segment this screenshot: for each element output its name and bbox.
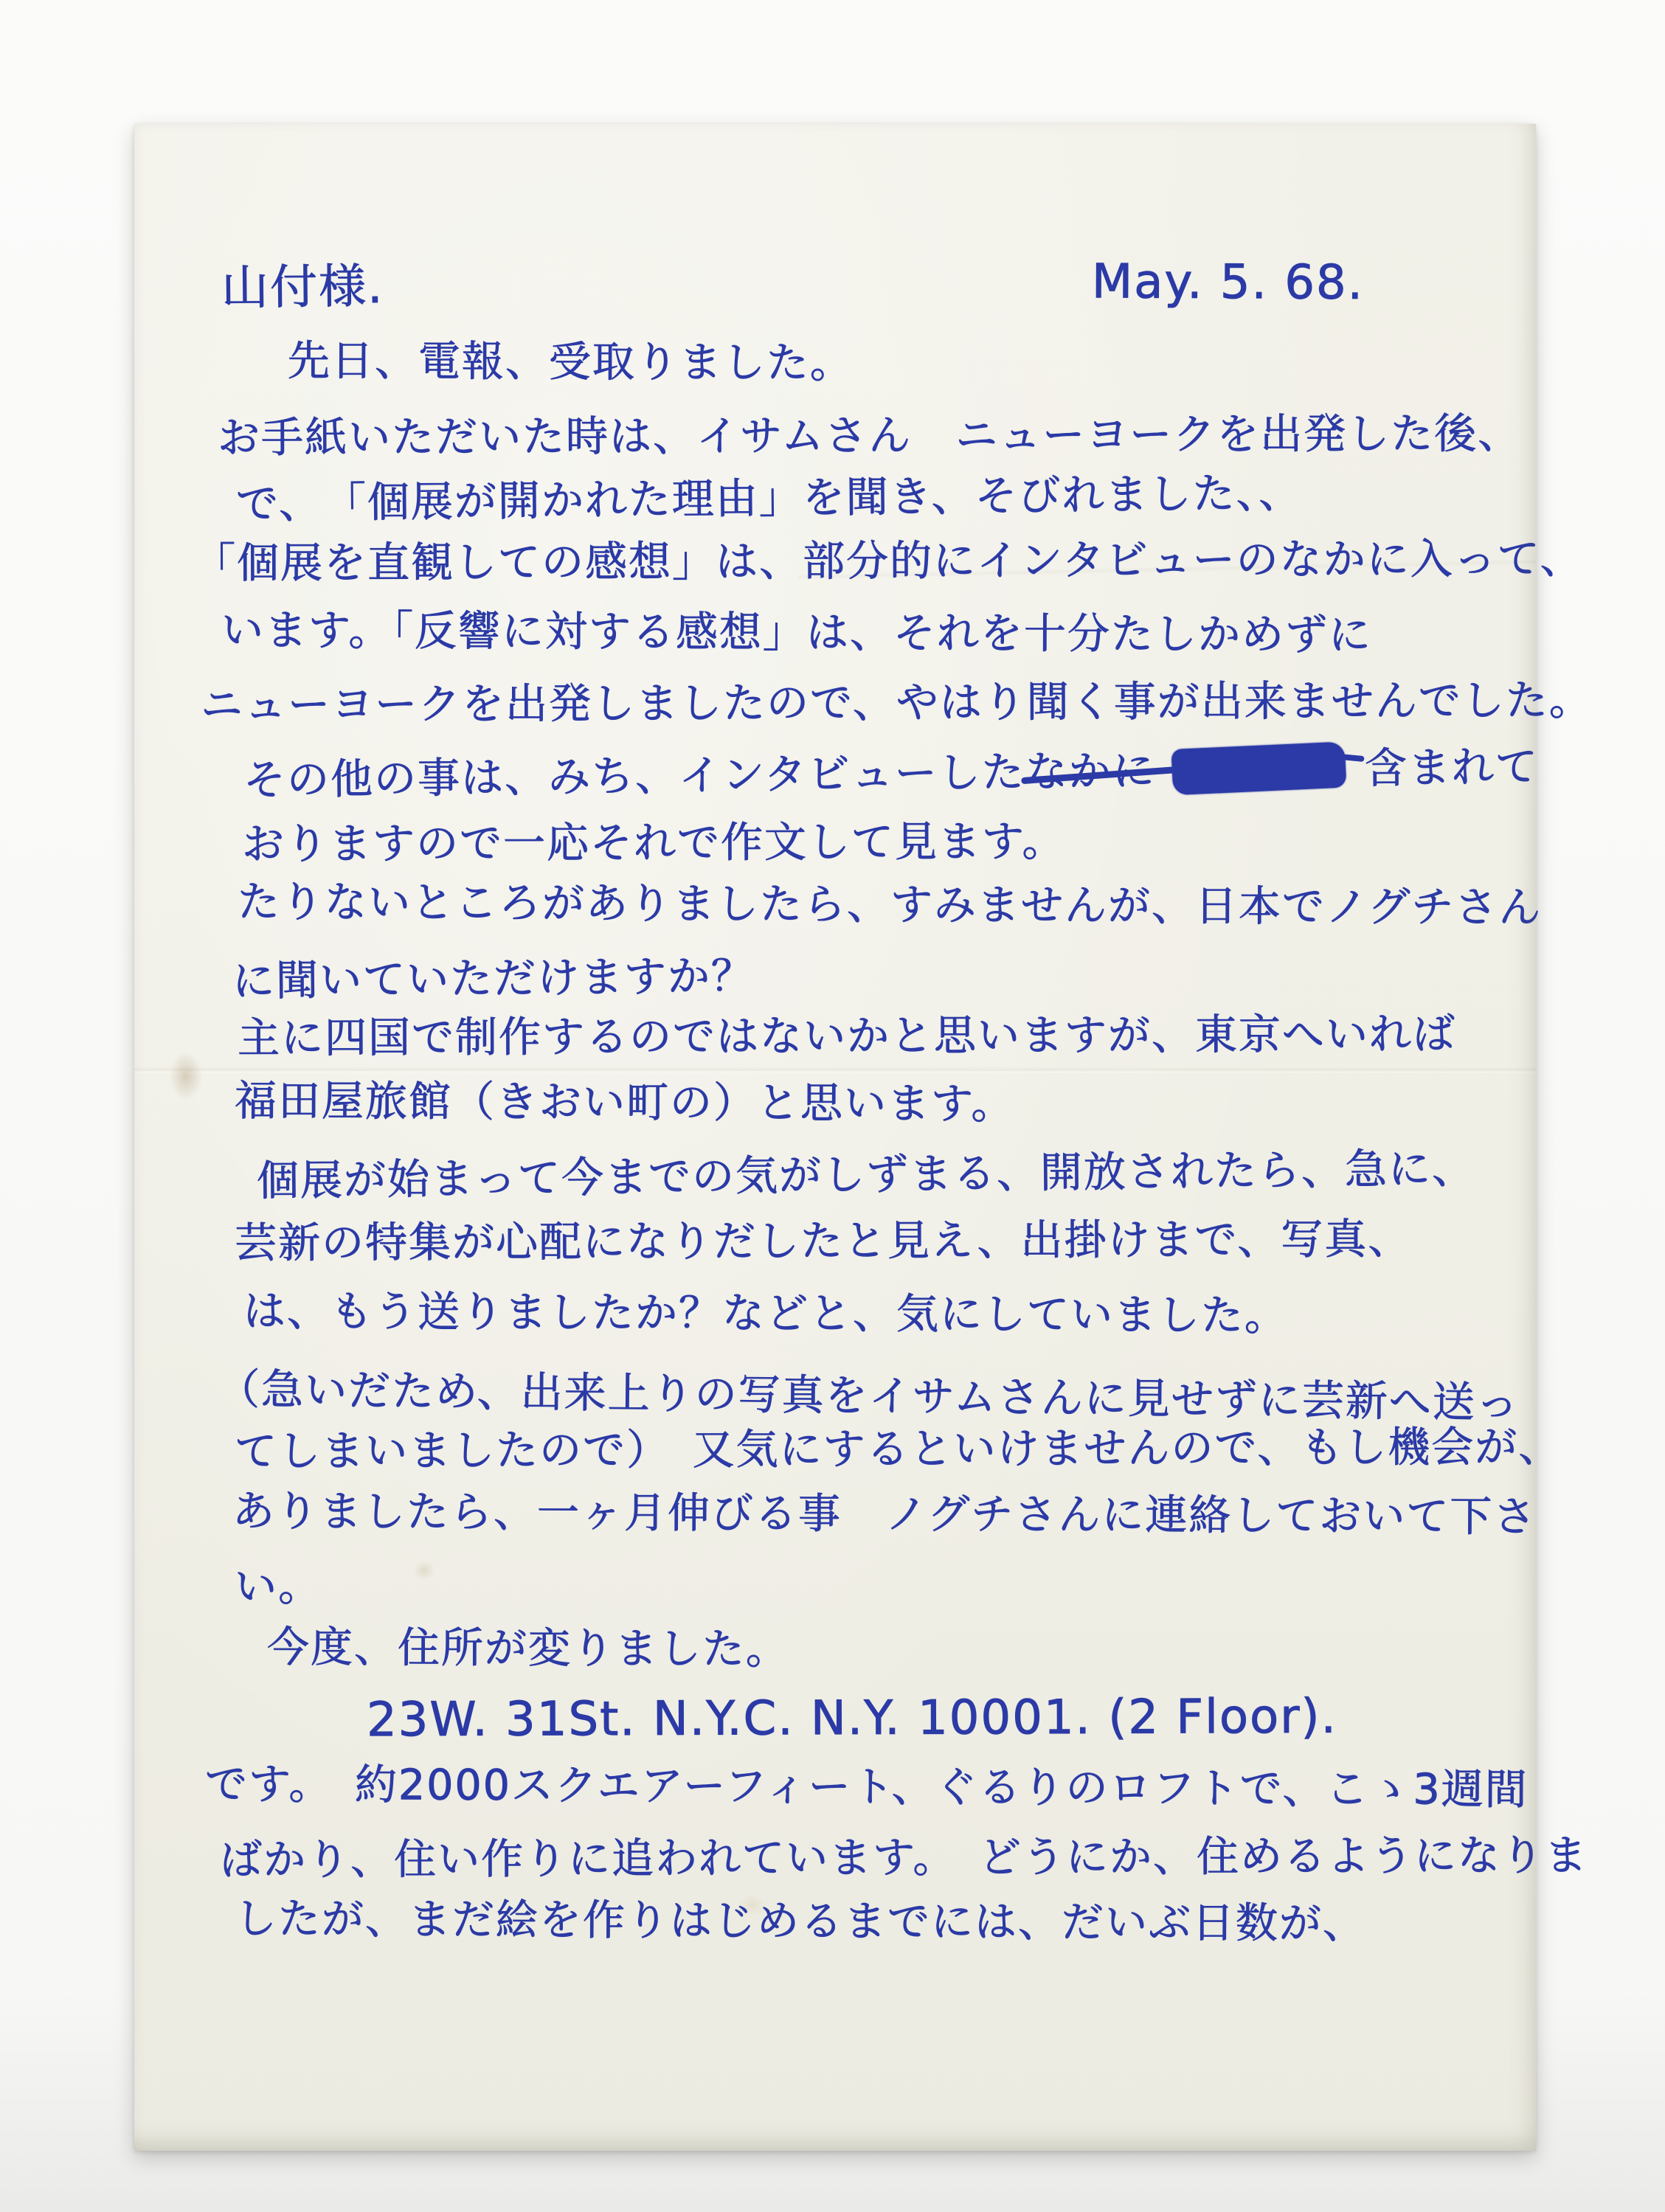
letter-line: 個展が始まって今までの気がしずまる、開放されたら、急に、 (257, 1143, 1476, 1208)
letter-line: 福田屋旅館（きおい町の）と思います。 (235, 1075, 1015, 1131)
paper-stain (170, 1052, 202, 1100)
scan-background: 山付様. May. 5. 68. 先日、電報、受取りました。 お手紙いただいた時… (0, 0, 1665, 2212)
letter-line: ニューヨークを出発しましたので、やはり聞く事が出来ませんでした。 (201, 675, 1593, 732)
paper-stain (413, 1561, 435, 1580)
letter-line: おりますので一応それで作文して見ます。 (242, 816, 1066, 871)
letter-line-with-redaction: その他の事は、みち、インタビューしたなかに 含まれて (243, 741, 1540, 810)
scribbled-out-word (1171, 742, 1346, 796)
letter-line: ばかり、住い作りに追われています。 どうにか、住めるようになりま (220, 1830, 1588, 1887)
letter-page: 山付様. May. 5. 68. 先日、電報、受取りました。 お手紙いただいた時… (134, 124, 1536, 2151)
letter-line: したが、まだ絵を作りはじめるまでには、だいぶ日数が、 (235, 1893, 1366, 1951)
letter-line: てしまいましたので） 又気にするといけませんので、もし機会が、 (235, 1421, 1562, 1479)
letter-line: です。 約2000スクエアーフィート、ぐるりのロフトで、こゝ3週間 (205, 1758, 1529, 1817)
letter-line: は、もう送りましたか？などと、気にしていました。 (243, 1286, 1288, 1342)
letter-line: い。 (235, 1560, 322, 1613)
letter-line-text: 含まれて (1365, 743, 1540, 793)
letter-line: います。「反響に対する感想」は、それを十分たしかめずに (221, 605, 1372, 662)
letter-line: に聞いていただけますか？ (232, 950, 755, 1008)
fold-crease (134, 1067, 1536, 1074)
letter-line: 「個展を直観しての感想」は、部分的にインタビューのなかに入って、 (193, 533, 1584, 591)
letter-line: 主に四国で制作するのではないかと思いますが、東京へいれば (238, 1008, 1456, 1065)
letter-line: ありましたら、一ヶ月伸びる事 ノグチさんに連絡しておいて下さ (232, 1485, 1537, 1544)
letter-line: で、 「個展が開かれた理由」を聞き、そびれました、、 (236, 467, 1303, 530)
letter-line: 先日、電報、受取りました。 (288, 335, 854, 390)
letter-line: 芸新の特集が心配になりだしたと見え、出掛けまで、写真、 (235, 1213, 1412, 1270)
letter-line: 今度、住所が変りました。 (267, 1621, 789, 1676)
letter-address: 23W. 31St. N.Y.C. N.Y. 10001. (2 Floor). (367, 1688, 1337, 1750)
letter-greeting: 山付様. (221, 257, 384, 318)
letter-date: May. 5. 68. (1092, 252, 1364, 313)
letter-line: たりないところがありましたら、すみませんが、日本でノグチさん (238, 876, 1543, 935)
letter-line: お手紙いただいた時は、イサムさん ニューヨークを出発した後、 (218, 408, 1521, 465)
letter-line: （急いだため、出来上りの写真をイサムさんに見せずに芸新へ送っ (218, 1364, 1520, 1430)
letter-line-text: その他の事は、みち、インタビューしたなかに (243, 746, 1156, 805)
